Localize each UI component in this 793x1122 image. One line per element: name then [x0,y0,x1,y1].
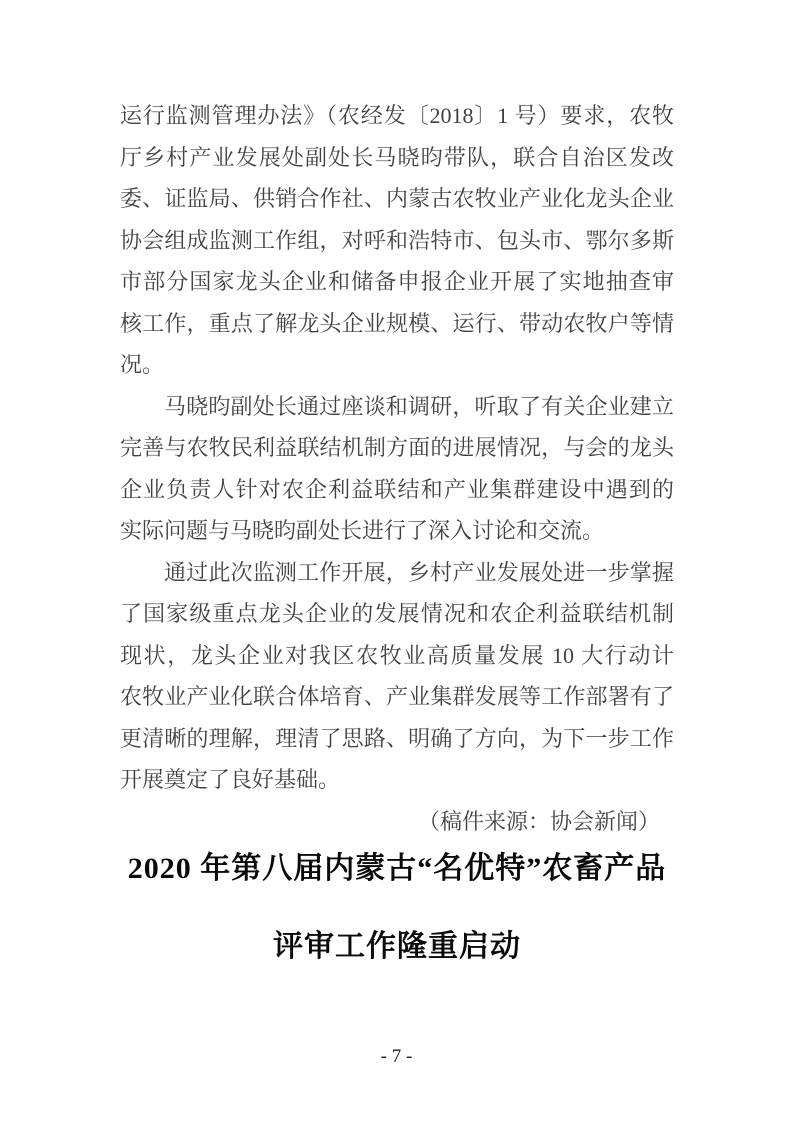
body-line: 运行监测管理办法》（农经发〔2018〕1 号）要求，农牧 [120,95,674,137]
body-line: 更清晰的理解，理清了思路、明确了方向，为下一步工作 [120,718,674,760]
body-line: 况。 [120,344,674,386]
page-number: - 7 - [0,1046,793,1068]
body-line: 厅乡村产业发展处副处长马晓昀带队，联合自治区发改 [120,137,674,179]
paragraph-2: 马晓昀副处长通过座谈和调研，听取了有关企业建立 完善与农牧民利益联结机制方面的进… [120,386,674,552]
paragraph-3: 通过此次监测工作开展，乡村产业发展处进一步掌握 了国家级重点龙头企业的发展情况和… [120,552,674,801]
body-line: 委、证监局、供销合作社、内蒙古农牧业产业化龙头企业 [120,178,674,220]
source-note: （稿件来源：协会新闻） [120,801,674,843]
paragraph-1: 运行监测管理办法》（农经发〔2018〕1 号）要求，农牧 厅乡村产业发展处副处长… [120,95,674,386]
body-line: 市部分国家龙头企业和储备申报企业开展了实地抽查审 [120,261,674,303]
body-line: 通过此次监测工作开展，乡村产业发展处进一步掌握 [120,552,674,594]
body-line: 企业负责人针对农企利益联结和产业集群建设中遇到的 [120,469,674,511]
title-line-1: 2020 年第八届内蒙古“名优特”农畜产品 [120,851,674,887]
body-line: 农牧业产业化联合体培育、产业集群发展等工作部署有了 [120,676,674,718]
body-line: 协会组成监测工作组，对呼和浩特市、包头市、鄂尔多斯 [120,220,674,262]
body-line: 了国家级重点龙头企业的发展情况和农企利益联结机制 [120,593,674,635]
next-article-title: 2020 年第八届内蒙古“名优特”农畜产品 评审工作隆重启动 [120,851,674,965]
document-page: 运行监测管理办法》（农经发〔2018〕1 号）要求，农牧 厅乡村产业发展处副处长… [0,0,793,1122]
body-line: 马晓昀副处长通过座谈和调研，听取了有关企业建立 [120,386,674,428]
body-line: 完善与农牧民利益联结机制方面的进展情况，与会的龙头 [120,427,674,469]
title-line-2: 评审工作隆重启动 [120,929,674,965]
body-line: 实际问题与马晓昀副处长进行了深入讨论和交流。 [120,510,674,552]
body-line: 开展奠定了良好基础。 [120,759,674,801]
body-line: 现状，龙头企业对我区农牧业高质量发展 10 大行动计划、 [120,635,674,677]
body-line: 核工作，重点了解龙头企业规模、运行、带动农牧户等情 [120,303,674,345]
article-body: 运行监测管理办法》（农经发〔2018〕1 号）要求，农牧 厅乡村产业发展处副处长… [120,95,674,842]
